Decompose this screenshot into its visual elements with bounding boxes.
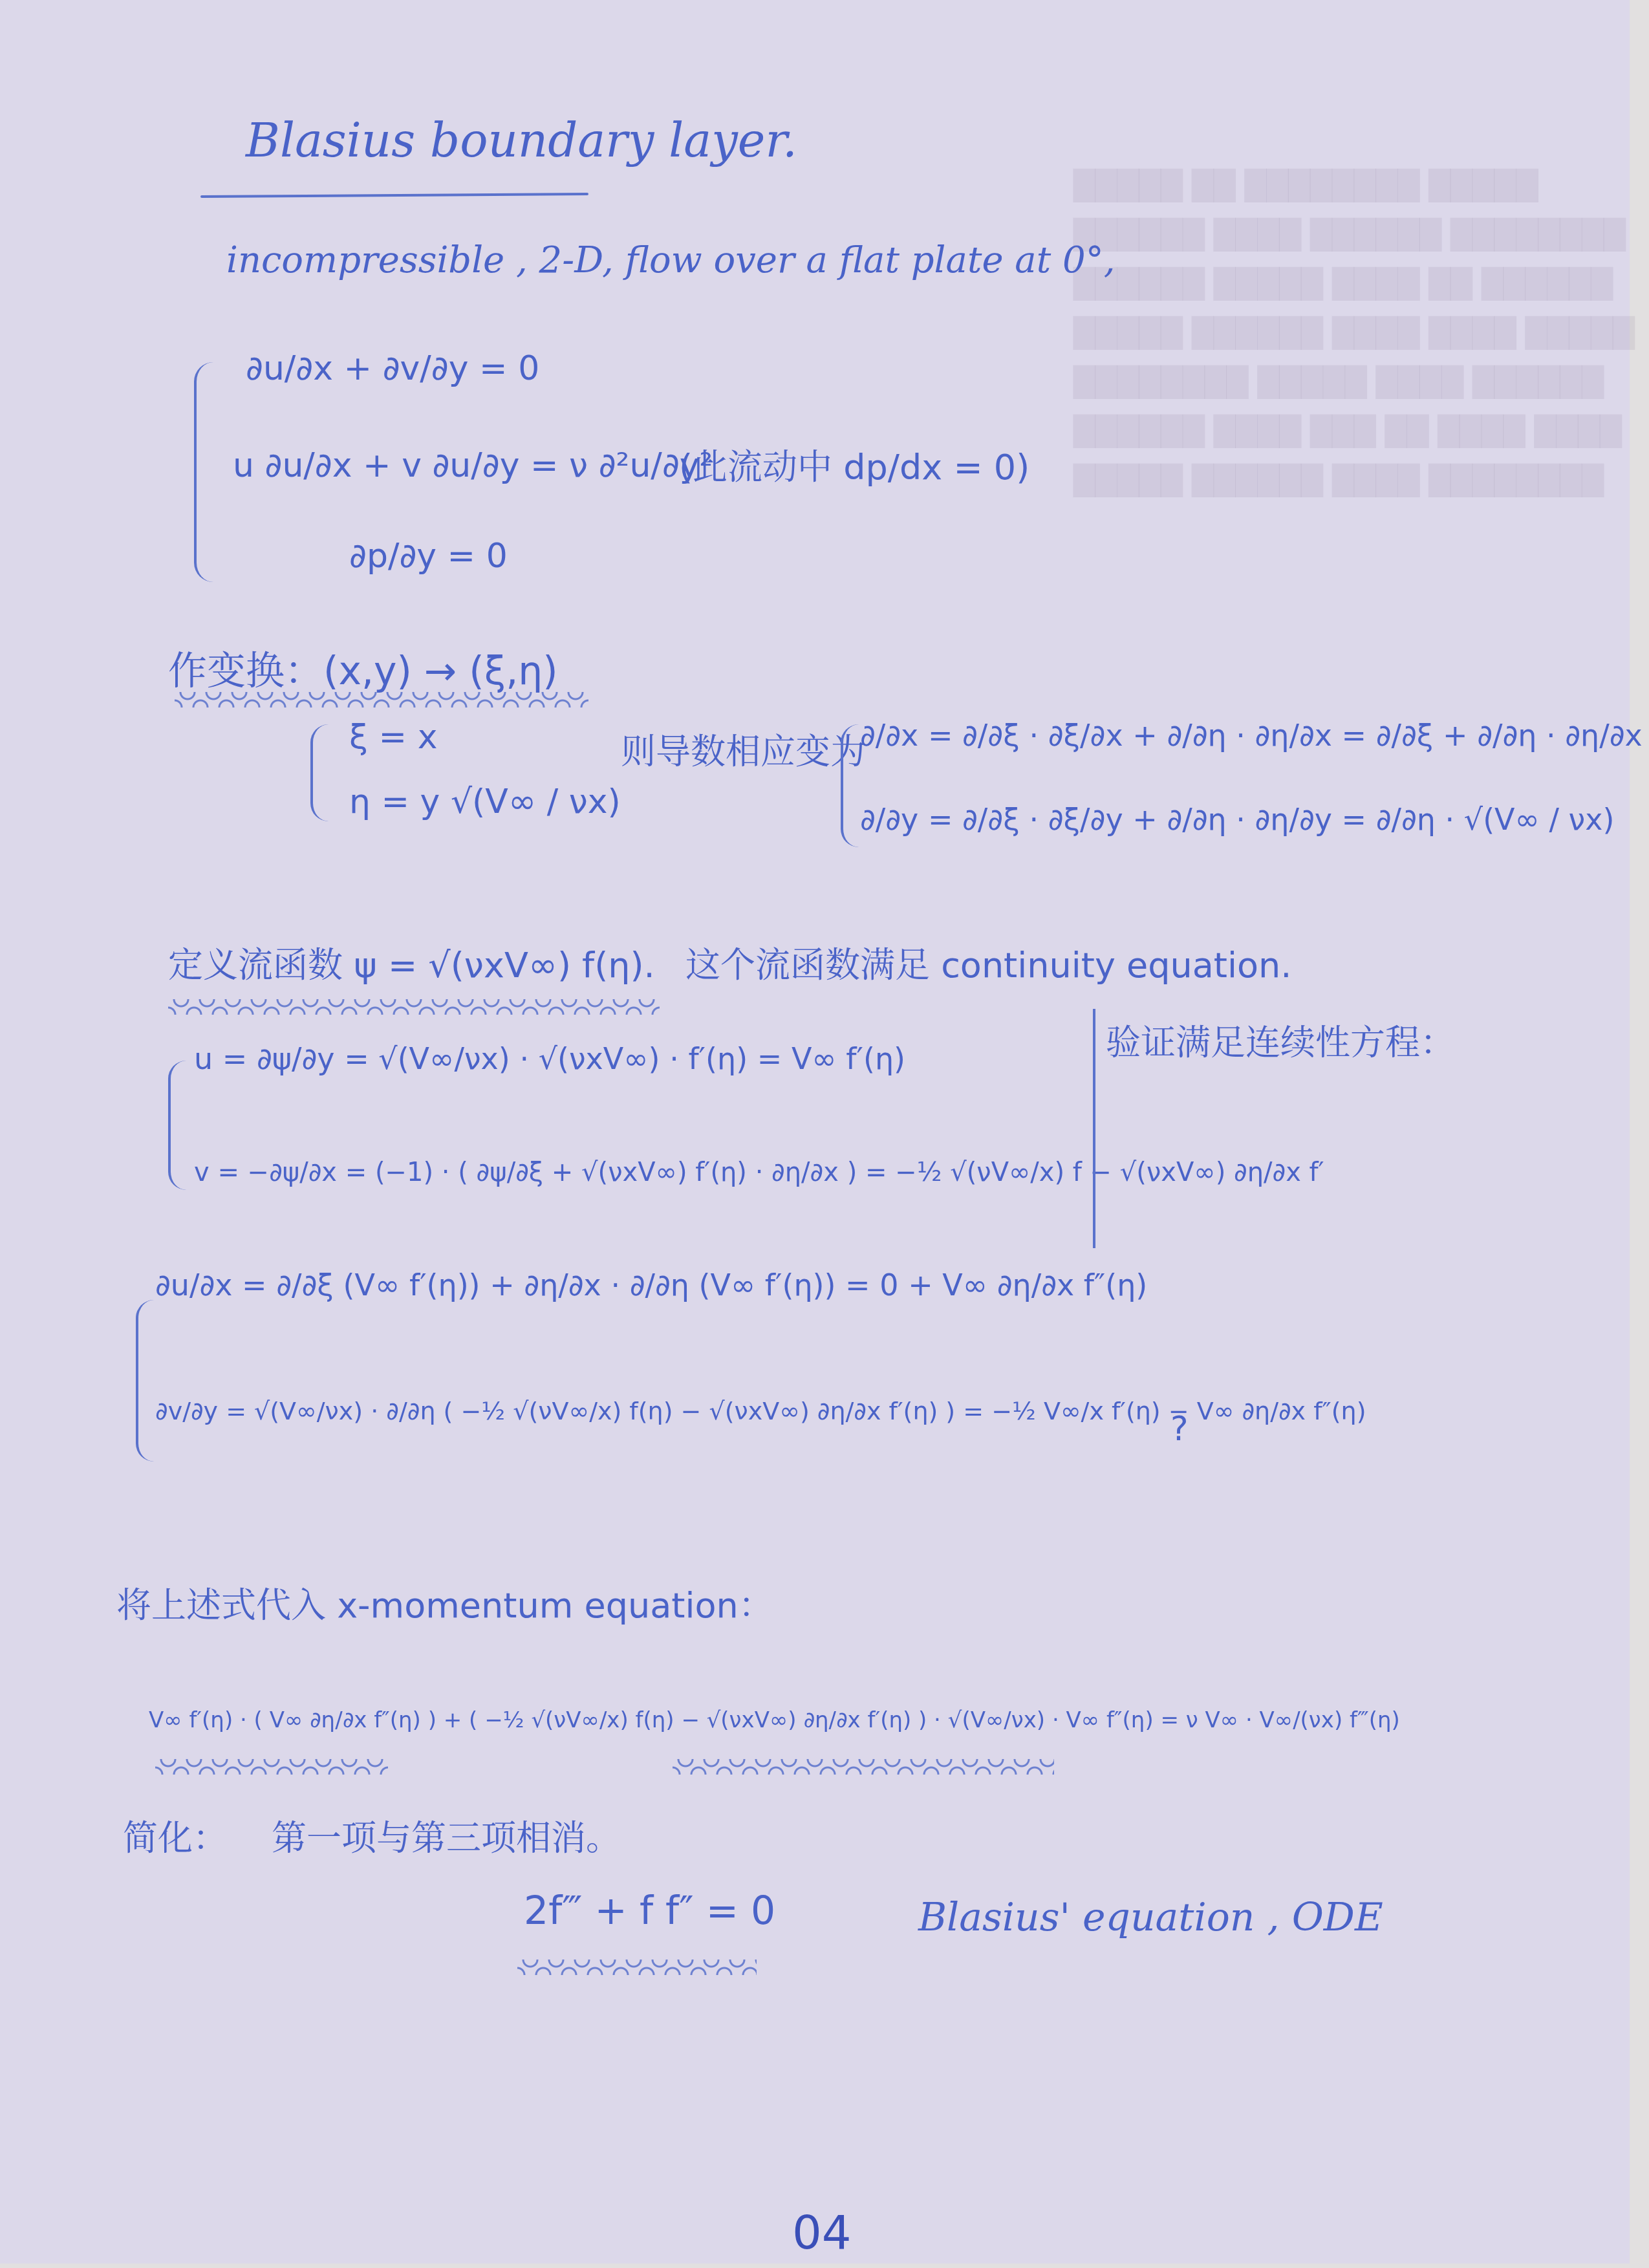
intro-statement: incompressible , 2-D, flow over a flat p… (226, 239, 1115, 281)
stream-function-wavy-underline (168, 999, 660, 1015)
substituted-momentum-equation: V∞ f′(η) · ( V∞ ∂η/∂x f″(η) ) + ( −½ √(ν… (149, 1707, 1400, 1733)
du-dx-expression: ∂u/∂x = ∂/∂ξ (V∞ f′(η)) + ∂η/∂x · ∂/∂η (… (155, 1268, 1147, 1302)
bleed-through-text: █████ ██ ████████ █████ ██████ ████ ████… (1073, 162, 1635, 506)
question-mark: ? (1170, 1410, 1189, 1449)
stream-function-definition: 定义流函数 ψ = √(νxV∞) f(η). (168, 938, 655, 988)
transformation-wavy-underline (175, 692, 588, 707)
brace-derivative-transform (841, 724, 859, 847)
third-term-wavy-underline (673, 1759, 1054, 1775)
v-velocity-expression: v = −∂ψ/∂x = (−1) · ( ∂ψ/∂ξ + √(νxV∞) f′… (194, 1158, 1324, 1187)
d-dx-transform: ∂/∂x = ∂/∂ξ · ∂ξ/∂x + ∂/∂η · ∂η/∂x = ∂/∂… (860, 718, 1643, 753)
eta-definition: η = y √(V∞ / νx) (349, 783, 621, 821)
blasius-equation-label: Blasius' equation , ODE (918, 1895, 1383, 1940)
continuity-equation: ∂u/∂x + ∂v/∂y = 0 (246, 349, 539, 388)
first-term-wavy-underline (155, 1759, 388, 1775)
page-title: Blasius boundary layer. (246, 113, 797, 167)
xi-definition: ξ = x (349, 718, 437, 757)
brace-governing-equations (194, 362, 216, 582)
title-underline (200, 193, 588, 198)
brace-velocity-components (168, 1061, 186, 1190)
brace-derivatives (136, 1300, 154, 1462)
transformation-heading: 作变换：(x,y) → (ξ,η) (168, 640, 558, 696)
blasius-equation: 2f‴ + f f″ = 0 (524, 1888, 775, 1934)
verify-continuity-label: 验证满足连续性方程： (1106, 1015, 1455, 1065)
u-velocity-expression: u = ∂ψ/∂y = √(V∞/νx) · √(νxV∞) · f′(η) =… (194, 1041, 905, 1076)
pressure-gradient-note: (此流动中 dp/dx = 0) (679, 440, 1029, 490)
simplify-note: 第一项与第三项相消。 (272, 1811, 621, 1861)
d-dy-transform: ∂/∂y = ∂/∂ξ · ∂ξ/∂y + ∂/∂η · ∂η/∂y = ∂/∂… (860, 802, 1614, 837)
derivative-transform-label: 则导数相应变为 (621, 724, 865, 774)
blasius-wavy-underline (517, 1960, 757, 1975)
page-number: 04 (792, 2205, 852, 2260)
substitution-heading: 将上述式代入 x-momentum equation： (116, 1578, 773, 1628)
notebook-page: █████ ██ ████████ █████ ██████ ████ ████… (0, 0, 1630, 2263)
stream-function-note: 这个流函数满足 continuity equation. (685, 938, 1291, 988)
y-momentum-equation: ∂p/∂y = 0 (349, 537, 508, 576)
brace-transform-defs (310, 724, 329, 821)
x-momentum-equation: u ∂u/∂x + v ∂u/∂y = ν ∂²u/∂y² (233, 446, 713, 485)
vertical-divider (1093, 1009, 1095, 1248)
simplify-label: 简化： (123, 1811, 228, 1861)
